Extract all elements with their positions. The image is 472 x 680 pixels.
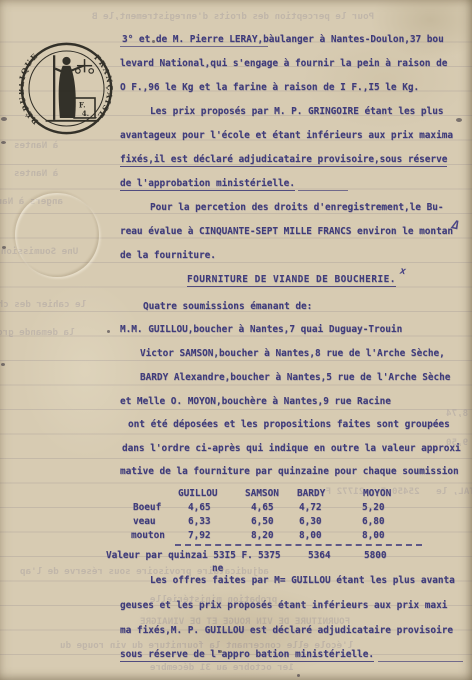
typed-line: fixés,il est déclaré adjudicataire provi… bbox=[120, 154, 447, 165]
underline-segment bbox=[298, 190, 348, 191]
table-footer-cell: 5364 bbox=[308, 550, 331, 561]
typed-line: mative de la fourniture par quinzaine po… bbox=[120, 466, 459, 477]
ink-speck bbox=[107, 330, 110, 333]
table-divider bbox=[175, 544, 422, 546]
typed-line: et Melle O. MOYON,bouchère à Nantes,9 ru… bbox=[120, 396, 391, 407]
seal-marianne-figure bbox=[46, 55, 99, 121]
typed-line: de l'approbation ministérielle. bbox=[120, 178, 295, 189]
ink-speck bbox=[1, 363, 5, 366]
typed-line: Les prix proposés par M. P. GRINGOIRE ét… bbox=[150, 106, 444, 117]
typed-line: ma fixés,M. P. GUILLOU est déclaré adjud… bbox=[120, 625, 453, 636]
typed-line: ont été déposées et les propositions fai… bbox=[128, 419, 450, 430]
seal-text-republique: RÉPUBLIQUE bbox=[19, 51, 40, 126]
typed-line: dans l'ordre ci-après qui indique en out… bbox=[122, 443, 461, 454]
table-footer-cell: 5800 bbox=[364, 550, 387, 561]
ink-speck bbox=[1, 141, 6, 144]
typed-line: avantageux pour l'école et étant inférie… bbox=[120, 130, 453, 141]
typed-line: Quatre soumissions émanant de: bbox=[143, 301, 312, 312]
section-heading: FOURNITURE DE VIANDE DE BOUCHERIE. bbox=[187, 274, 396, 285]
table-column-header: BARDY bbox=[297, 488, 325, 499]
bleedthrough-text: le cahier des charges bbox=[0, 299, 86, 310]
table-cell: 6,30 bbox=[299, 516, 322, 527]
typed-line: levard National,qui s'engage à fournir l… bbox=[120, 58, 447, 69]
table-row-label: Boeuf bbox=[133, 502, 161, 513]
ink-speck bbox=[219, 650, 222, 653]
bleedthrough-text: 8,74 bbox=[446, 408, 468, 419]
ink-speck bbox=[456, 118, 462, 122]
typed-line: Pour la percetion des droits d'enregistr… bbox=[150, 202, 444, 213]
table-cell: 4,65 bbox=[251, 502, 274, 513]
table-cell: 8,00 bbox=[299, 530, 322, 541]
typed-line: 3° et de M. Pierre LERAY,bàulanger à Nan… bbox=[122, 34, 444, 45]
table-cell: 7,92 bbox=[188, 530, 211, 541]
typed-line: M.M. GUILLOU,boucher à Nantes,7 quai Dug… bbox=[120, 324, 402, 335]
table-footer-cell: 5375 bbox=[258, 550, 281, 561]
bleedthrough-text: Pour le perception des droits d'enregist… bbox=[92, 11, 374, 22]
republique-francaise-seal: RÉPUBLIQUE FRANÇAISE. F. 4. bbox=[19, 41, 114, 136]
table-column-header: GUILLOU bbox=[178, 488, 218, 499]
seal-block-letter-4: 4. bbox=[82, 109, 89, 118]
ink-speck bbox=[1, 117, 7, 121]
table-cell: 6,33 bbox=[188, 516, 211, 527]
embossed-stamp bbox=[15, 193, 99, 277]
typed-line: de la fourniture. bbox=[120, 250, 216, 261]
svg-text:RÉPUBLIQUE: RÉPUBLIQUE bbox=[19, 51, 40, 126]
underline-segment bbox=[120, 46, 268, 47]
typed-line: reau évalue à CINQUANTE-SEPT MILLE FRANC… bbox=[120, 226, 453, 237]
table-cell: 8,00 bbox=[362, 530, 385, 541]
table-cell: 5,20 bbox=[362, 502, 385, 513]
typed-line: BARDY Alexandre,boucher à Nantes,5 rue d… bbox=[140, 372, 450, 383]
table-row-label: mouton bbox=[131, 530, 165, 541]
handwritten-check-mark: x bbox=[399, 266, 407, 278]
underline-segment bbox=[378, 661, 463, 662]
table-column-header: MOYON bbox=[363, 488, 391, 499]
table-row-label: veau bbox=[133, 516, 156, 527]
table-cell: 4,65 bbox=[188, 502, 211, 513]
document-page: Pour le perception des droits d'enregist… bbox=[0, 0, 472, 680]
bleedthrough-text: à Nantes bbox=[14, 140, 58, 151]
table-cell: 6,80 bbox=[362, 516, 385, 527]
paper-stain bbox=[370, 0, 472, 60]
table-cell: 6,50 bbox=[251, 516, 274, 527]
table-footer-label-wrap: ne bbox=[212, 563, 223, 574]
table-cell: 8,20 bbox=[251, 530, 274, 541]
bleedthrough-text: à Nantes bbox=[14, 168, 58, 179]
ink-speck bbox=[152, 40, 155, 43]
typed-line: Les offres faites par M= GUILLOU étant l… bbox=[150, 575, 455, 586]
table-footer-label: Valeur par quinzai 53I5 F. bbox=[106, 550, 253, 561]
table-cell: 4,72 bbox=[299, 502, 322, 513]
handwritten-margin-mark: Δ bbox=[451, 217, 461, 232]
bleedthrough-text: TOTAL, le 25450 F. 21772 F. bbox=[320, 486, 472, 497]
ink-speck bbox=[2, 246, 6, 249]
typed-line: geuses et les prix proposés étant inféri… bbox=[120, 600, 447, 611]
typed-line: O F.,96 le Kg et la farine à raison de I… bbox=[120, 82, 419, 93]
table-column-header: SAMSON bbox=[245, 488, 279, 499]
typed-line: sous réserve de l'appro bation ministéri… bbox=[120, 649, 374, 660]
bleedthrough-text: la demande groupée bbox=[0, 327, 75, 338]
ink-speck bbox=[297, 674, 300, 677]
typed-line: Victor SAMSON,boucher à Nantes,8 rue de … bbox=[140, 348, 445, 359]
bleedthrough-text: 1er octobre au 31 décembre bbox=[150, 662, 294, 673]
